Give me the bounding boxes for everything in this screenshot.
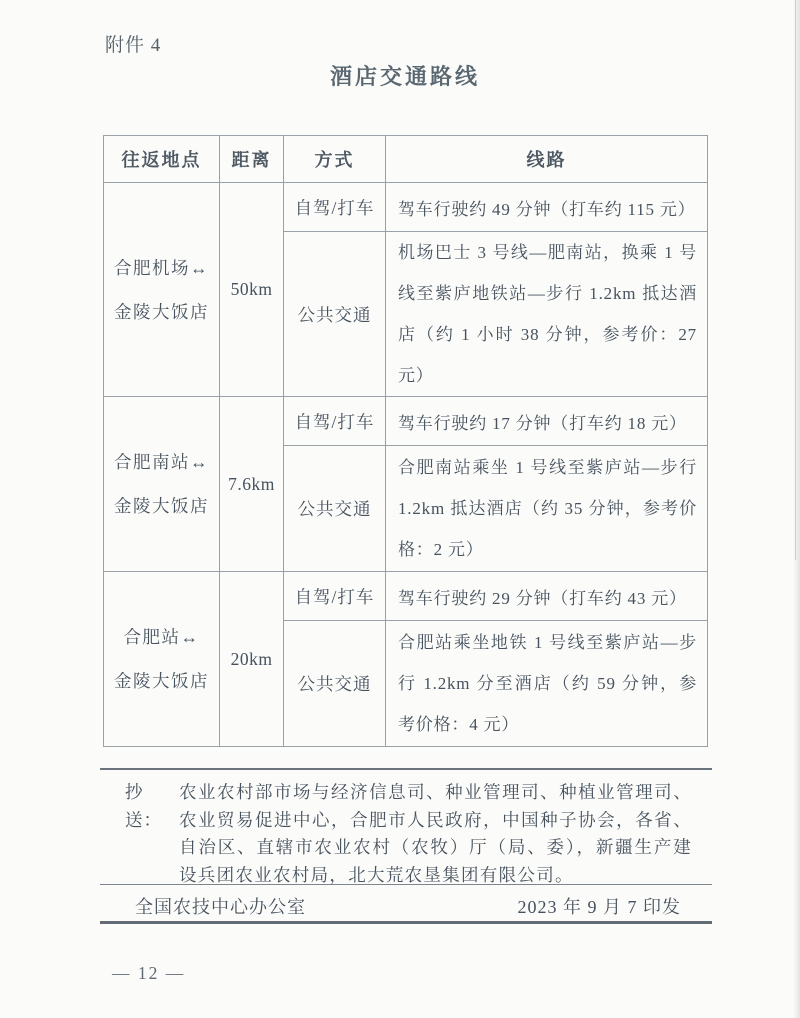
- mode-cell: 自驾/打车: [284, 572, 386, 621]
- route-cell: 合肥南站乘坐 1 号线至紫庐站—步行 1.2km 抵达酒店（约 35 分钟，参考…: [386, 446, 708, 572]
- route-cell: 合肥站乘坐地铁 1 号线至紫庐站—步行 1.2km 分至酒店（约 59 分钟，参…: [386, 621, 708, 747]
- column-header: 线路: [386, 136, 708, 183]
- cc-section-top-rule: [100, 768, 712, 770]
- column-header: 距离: [220, 136, 284, 183]
- place-line: 金陵大饭店: [105, 484, 218, 528]
- mode-cell: 自驾/打车: [284, 183, 386, 232]
- place-line: 金陵大饭店: [105, 659, 218, 703]
- distance-cell: 7.6km: [220, 397, 284, 572]
- place-cell: 合肥机场↔金陵大饭店: [104, 183, 220, 397]
- distance-cell: 50km: [220, 183, 284, 397]
- route-cell: 驾车行驶约 49 分钟（打车约 115 元）: [386, 183, 708, 232]
- route-cell: 驾车行驶约 17 分钟（打车约 18 元）: [386, 397, 708, 446]
- issuer-office: 全国农技中心办公室: [135, 893, 306, 919]
- place-line: 合肥机场↔: [105, 246, 218, 290]
- column-header: 往返地点: [104, 136, 220, 183]
- footer-bottom-rule: [100, 921, 712, 924]
- attachment-label: 附件 4: [105, 30, 161, 57]
- page-title: 酒店交通路线: [103, 60, 707, 91]
- mode-cell: 自驾/打车: [284, 397, 386, 446]
- table-row: 合肥南站↔金陵大饭店7.6km自驾/打车驾车行驶约 17 分钟（打车约 18 元…: [104, 397, 708, 446]
- mode-cell: 公共交通: [284, 446, 386, 572]
- issuance-footer: 全国农技中心办公室 2023 年 9 月 7 印发: [135, 893, 681, 919]
- route-table-body: 合肥机场↔金陵大饭店50km自驾/打车驾车行驶约 49 分钟（打车约 115 元…: [104, 183, 708, 747]
- column-header: 方式: [284, 136, 386, 183]
- place-cell: 合肥南站↔金陵大饭店: [104, 397, 220, 572]
- cc-recipients-text: 农业农村部市场与经济信息司、种业管理司、种植业管理司、农业贸易促进中心，合肥市人…: [179, 779, 692, 889]
- cc-block: 抄送： 农业农村部市场与经济信息司、种业管理司、种植业管理司、农业贸易促进中心，…: [125, 779, 692, 889]
- route-cell: 机场巴士 3 号线—肥南站，换乘 1 号线至紫庐地铁站—步行 1.2km 抵达酒…: [386, 232, 708, 397]
- route-cell: 驾车行驶约 29 分钟（打车约 43 元）: [386, 572, 708, 621]
- mode-cell: 公共交通: [284, 621, 386, 747]
- cc-label: 抄送：: [125, 779, 179, 834]
- distance-cell: 20km: [220, 572, 284, 747]
- scanned-document-page: 附件 4 酒店交通路线 往返地点距离方式线路 合肥机场↔金陵大饭店50km自驾/…: [0, 0, 800, 1018]
- place-line: 合肥南站↔: [105, 440, 218, 484]
- scan-edge-shading: [793, 0, 800, 1018]
- scan-artifact-line: [795, 0, 796, 560]
- table-row: 合肥机场↔金陵大饭店50km自驾/打车驾车行驶约 49 分钟（打车约 115 元…: [104, 183, 708, 232]
- transport-route-table: 往返地点距离方式线路 合肥机场↔金陵大饭店50km自驾/打车驾车行驶约 49 分…: [103, 135, 708, 747]
- table-row: 合肥站↔金陵大饭店20km自驾/打车驾车行驶约 29 分钟（打车约 43 元）: [104, 572, 708, 621]
- mode-cell: 公共交通: [284, 232, 386, 397]
- footer-top-rule: [100, 884, 712, 885]
- place-line: 金陵大饭店: [105, 290, 218, 334]
- place-line: 合肥站↔: [105, 615, 218, 659]
- issue-date: 2023 年 9 月 7 印发: [518, 893, 682, 919]
- table-header-row: 往返地点距离方式线路: [104, 136, 708, 183]
- place-cell: 合肥站↔金陵大饭店: [104, 572, 220, 747]
- page-number: — 12 —: [112, 963, 185, 984]
